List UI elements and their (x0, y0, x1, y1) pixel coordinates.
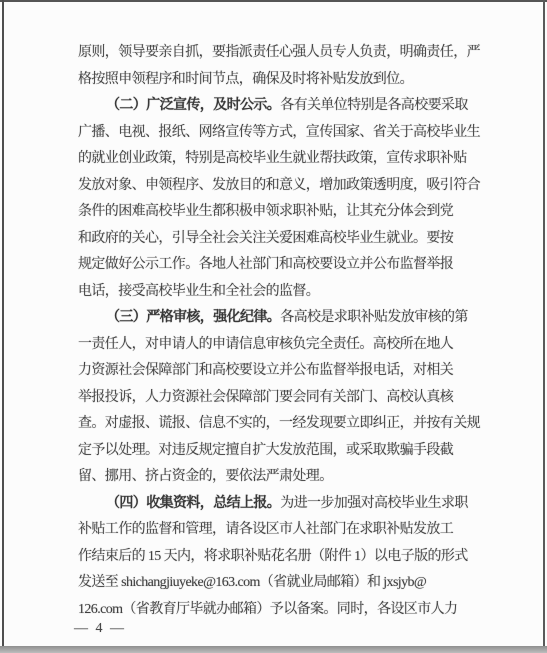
paragraph-lead: （三）严格审核，强化纪律。 (106, 310, 280, 325)
line-text: 条件的困难高校毕业生都积极申领求职补贴，让其充分体会到党 (78, 204, 453, 219)
text-line: （二）广泛宣传，及时公示。各有关单位特别是各高校要采取 (78, 93, 482, 120)
text-line: 电话，接受高校毕业生和全社会的监督。 (78, 279, 482, 306)
text-line: 留、挪用、挤占资金的，要依法严肃处理。 (78, 464, 482, 491)
text-line: 力资源社会保障部门和高校要设立并公布监督举报电话，对相关 (78, 358, 482, 385)
text-line: 126.com（省教育厅毕就办邮箱）予以备案。同时，各设区市人力 (78, 597, 482, 624)
page-edge-left (2, 0, 4, 653)
line-text: 一责任人，对申请人的申请信息审核负完全责任。高校所在地人 (78, 337, 453, 352)
text-line: 定予以处理。对违反规定擅自扩大发放范围，或采取欺骗手段截 (78, 438, 482, 465)
text-line: 广播、电视、报纸、网络宣传等方式，宣传国家、省关于高校毕业生 (78, 120, 482, 147)
line-text: 查。对虚报、谎报、信息不实的，一经发现要立即纠正，并按有关规 (78, 416, 480, 431)
text-line: （三）严格审核，强化纪律。各高校是求职补贴发放审核的第 (78, 305, 482, 332)
paragraph-lead: （二）广泛宣传，及时公示。 (106, 98, 280, 113)
text-line: 格按照申领程序和时间节点，确保及时将补贴发放到位。 (78, 67, 482, 94)
line-text: 各有关单位特别是各高校要采取 (280, 98, 468, 113)
page-edge-right (543, 0, 545, 653)
text-line: 补贴工作的监督和管理，请各设区市人社部门在求职补贴发放工 (78, 517, 482, 544)
text-line: 作结束后的 15 天内，将求职补贴花名册（附件 1）以电子版的形式 (78, 544, 482, 571)
line-text: 规定做好公示工作。各地人社部门和高校要设立并公布监督举报 (78, 257, 453, 272)
paragraph-lead: （四）收集资料，总结上报。 (106, 496, 280, 511)
line-text: 的就业创业政策，特别是高校毕业生就业帮扶政策，宣传求职补贴 (78, 151, 467, 166)
text-line: （四）收集资料，总结上报。为进一步加强对高校毕业生求职 (78, 491, 482, 518)
text-line: 举报投诉，人力资源社会保障部门要会同有关部门、高校认真核 (78, 385, 482, 412)
text-line: 一责任人，对申请人的申请信息审核负完全责任。高校所在地人 (78, 332, 482, 359)
text-line: 原则，领导要亲自抓，要指派责任心强人员专人负责，明确责任，严 (78, 40, 482, 67)
line-text: 和政府的关心，引导全社会关注关爱困难高校毕业生就业。要按 (78, 231, 453, 246)
scanned-page: 原则，领导要亲自抓，要指派责任心强人员专人负责，明确责任，严格按照申领程序和时间… (0, 0, 547, 653)
line-text: 补贴工作的监督和管理，请各设区市人社部门在求职补贴发放工 (78, 522, 453, 537)
line-text: 126.com（省教育厅毕就办邮箱）予以备案。同时，各设区市人力 (78, 602, 457, 617)
text-line: 条件的困难高校毕业生都积极申领求职补贴，让其充分体会到党 (78, 199, 482, 226)
line-text: 留、挪用、挤占资金的，要依法严肃处理。 (78, 469, 333, 484)
line-text: 广播、电视、报纸、网络宣传等方式，宣传国家、省关于高校毕业生 (78, 125, 480, 140)
line-text: 力资源社会保障部门和高校要设立并公布监督举报电话，对相关 (78, 363, 453, 378)
page-number: — 4 — (74, 621, 126, 637)
line-text: 原则，领导要亲自抓，要指派责任心强人员专人负责，明确责任，严 (78, 45, 480, 60)
text-line: 发送至 shichangjiuyeke@163.com（省就业局邮箱）和 jxs… (78, 570, 482, 597)
line-text: 为进一步加强对高校毕业生求职 (280, 496, 468, 511)
line-text: 定予以处理。对违反规定擅自扩大发放范围，或采取欺骗手段截 (78, 443, 453, 458)
text-line: 查。对虚报、谎报、信息不实的，一经发现要立即纠正，并按有关规 (78, 411, 482, 438)
text-line: 发放对象、申领程序、发放目的和意义，增加政策透明度，吸引符合 (78, 173, 482, 200)
line-text: 发放对象、申领程序、发放目的和意义，增加政策透明度，吸引符合 (78, 178, 480, 193)
line-text: 电话，接受高校毕业生和全社会的监督。 (78, 284, 319, 299)
line-text: 各高校是求职补贴发放审核的第 (280, 310, 468, 325)
text-line: 规定做好公示工作。各地人社部门和高校要设立并公布监督举报 (78, 252, 482, 279)
line-text: 举报投诉，人力资源社会保障部门要会同有关部门、高校认真核 (78, 390, 453, 405)
text-line: 的就业创业政策，特别是高校毕业生就业帮扶政策，宣传求职补贴 (78, 146, 482, 173)
text-line: 和政府的关心，引导全社会关注关爱困难高校毕业生就业。要按 (78, 226, 482, 253)
line-text: 格按照申领程序和时间节点，确保及时将补贴发放到位。 (78, 72, 413, 87)
document-text: 原则，领导要亲自抓，要指派责任心强人员专人负责，明确责任，严格按照申领程序和时间… (78, 40, 482, 623)
page-edge-top (0, 0, 547, 2)
page-edge-bottom (0, 646, 547, 653)
line-text: 作结束后的 15 天内，将求职补贴花名册（附件 1）以电子版的形式 (78, 549, 468, 564)
line-text: 发送至 shichangjiuyeke@163.com（省就业局邮箱）和 jxs… (78, 575, 426, 590)
